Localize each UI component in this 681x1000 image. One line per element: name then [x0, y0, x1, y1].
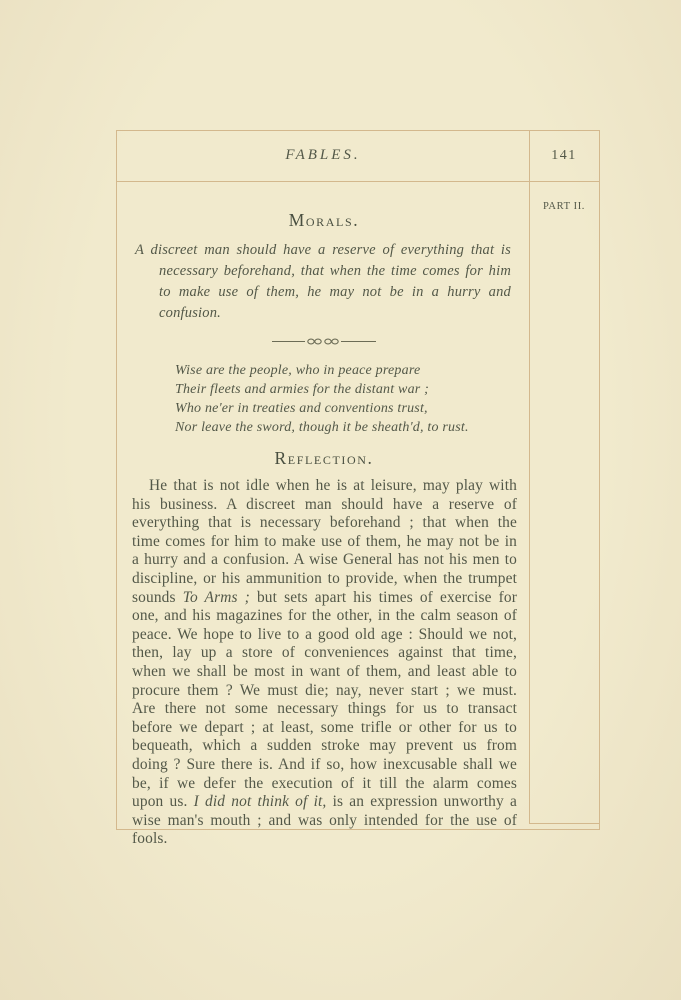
column-divider-rule: [529, 131, 530, 823]
chain-divider-ornament-icon: [272, 337, 376, 346]
margin-column-bottom-rule: [529, 823, 599, 824]
verse-line: Their fleets and armies for the distant …: [175, 380, 517, 399]
verse-line: Who ne'er in treaties and conventions tr…: [175, 399, 517, 418]
reflection-heading: Reflection.: [131, 448, 517, 469]
morals-heading: Morals.: [131, 210, 517, 231]
running-title: FABLES.: [117, 147, 529, 164]
morals-paragraph: A discreet man should have a reserve of …: [135, 240, 511, 324]
main-text-column: Morals. A discreet man should have a res…: [131, 181, 517, 829]
part-label: PART II.: [529, 201, 599, 212]
reflection-paragraph: He that is not idle when he is at leisur…: [132, 477, 517, 849]
verse-quatrain: Wise are the people, who in peace prepar…: [175, 361, 517, 437]
page-number: 141: [529, 148, 599, 164]
page-frame: FABLES. 141 PART II. Morals. A discreet …: [116, 130, 600, 830]
verse-line: Nor leave the sword, though it be sheath…: [175, 418, 517, 437]
verse-line: Wise are the people, who in peace prepar…: [175, 361, 517, 380]
